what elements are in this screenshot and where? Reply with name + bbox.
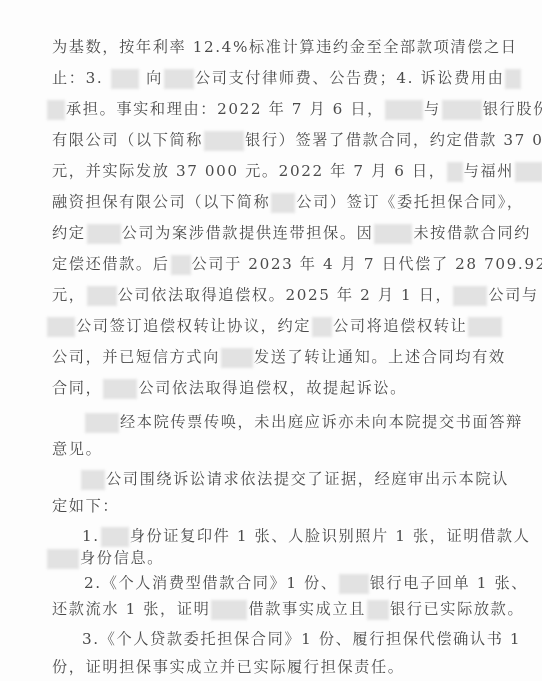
text-segment: 公司于 2023 年 4 月 7 日代偿了 28 709.92	[192, 255, 542, 273]
text-segment: 公司依法取得追偿权。2025 年 2 月 1 日，	[118, 286, 453, 304]
redacted-text	[385, 100, 423, 120]
redacted-text	[367, 600, 389, 620]
text-segment: 定如下：	[52, 497, 119, 515]
redacted-text	[47, 100, 65, 120]
redacted-text	[505, 69, 521, 89]
text-segment: 未按借款合同约	[413, 224, 531, 242]
redacted-text	[47, 549, 79, 569]
text-line: 公司，并已短信方式向发送了转让通知。上述合同均有效	[52, 345, 476, 369]
text-segment: 公司与	[488, 286, 538, 304]
text-segment: 身份证复印件 1 张、人脸识别照片 1 张，证明借款人	[130, 527, 531, 545]
text-line: 1.身份证复印件 1 张、人脸识别照片 1 张，证明借款人	[82, 524, 476, 548]
text-segment: 1.	[82, 527, 100, 545]
text-line: 公司签订追偿权转让协议，约定公司将追偿权转让	[46, 314, 476, 338]
text-line: 有限公司（以下简称银行）签署了借款合同，约定借款 37 000	[52, 128, 476, 152]
redacted-text	[87, 224, 121, 244]
text-segment: 银行电子回单 1 张、	[370, 574, 528, 592]
text-segment: 银行已实际放款。	[390, 600, 524, 618]
text-line: 3.《个人贷款委托担保合同》1 份、履行担保代偿确认书 1	[82, 627, 476, 651]
text-line: 为基数，按年利率 12.4%标准计算违约金至全部款项清偿之日	[52, 35, 476, 59]
text-segment: 3.《个人贷款委托担保合同》1 份、履行担保代偿确认书 1	[82, 630, 521, 648]
text-segment: 银行）签署了借款合同，约定借款 37 000	[245, 131, 542, 149]
text-line: 合同，公司依法取得追偿权，故提起诉讼。	[52, 376, 476, 400]
text-line: 份，证明担保事实成立并已实际履行担保责任。	[52, 655, 476, 679]
text-line: 2.《个人消费型借款合同》1 份、银行电子回单 1 张、	[84, 571, 476, 595]
text-segment: 银行股份	[483, 100, 542, 118]
text-segment: 发送了转让通知。上述合同均有效	[254, 348, 506, 366]
redacted-text	[442, 100, 482, 120]
text-line: 承担。事实和理由：2022 年 7 月 6 日，与银行股份	[46, 97, 476, 121]
text-segment: 向	[140, 69, 163, 87]
text-segment: 借款事实成立且	[248, 600, 366, 618]
redacted-text	[271, 193, 295, 213]
text-segment: 意见。	[52, 440, 102, 458]
redacted-text	[171, 255, 191, 275]
redacted-text	[447, 162, 463, 182]
text-segment: 公司）签订《委托担保合同》，	[296, 193, 523, 211]
redacted-text	[312, 317, 332, 337]
text-segment: 合同，	[52, 379, 102, 397]
text-line: 元，并实际发放 37 000 元。2022 年 7 月 6 日，与福州	[52, 159, 476, 183]
text-segment: 公司将追偿权转让	[333, 317, 467, 335]
text-line: 定偿还借款。后公司于 2023 年 4 月 7 日代偿了 28 709.92	[52, 252, 476, 276]
text-segment: 有限公司（以下简称	[52, 131, 203, 149]
text-line: 公司围绕诉讼请求依法提交了证据，经庭审出示本院认	[80, 467, 476, 491]
redacted-text	[374, 224, 412, 244]
text-segment: 元，并实际发放 37 000 元。2022 年 7 月 6 日，	[52, 162, 446, 180]
text-segment: 与福州	[464, 162, 514, 180]
redacted-text	[211, 600, 247, 620]
text-segment: 2.《个人消费型借款合同》1 份、	[84, 574, 338, 592]
text-line: 还款流水 1 张，证明借款事实成立且银行已实际放款。	[52, 597, 476, 621]
text-line: 元，公司依法取得追偿权。2025 年 2 月 1 日，公司与	[52, 283, 476, 307]
text-segment: 公司签订追偿权转让协议，约定	[76, 317, 311, 335]
text-segment: 公司围绕诉讼请求依法提交了证据，经庭审出示本院认	[106, 470, 509, 488]
redacted-text	[468, 317, 502, 337]
text-segment: 元，	[52, 286, 86, 304]
text-segment: 经本院传票传唤，未出庭应诉亦未向本院提交书面答辩	[120, 413, 523, 431]
text-line: 经本院传票传唤，未出庭应诉亦未向本院提交书面答辩	[84, 410, 476, 434]
redacted-text	[204, 131, 244, 151]
redacted-text	[339, 574, 369, 594]
redacted-text	[101, 527, 129, 547]
text-segment: 与	[424, 100, 441, 118]
redacted-text	[81, 470, 105, 490]
text-segment: 约定	[52, 224, 86, 242]
text-line: 融资担保有限公司（以下简称公司）签订《委托担保合同》，	[52, 190, 476, 214]
text-segment: 承担。事实和理由：2022 年 7 月 6 日，	[66, 100, 384, 118]
redacted-text	[221, 348, 253, 368]
text-segment: 公司依法取得追偿权，故提起诉讼。	[138, 379, 407, 397]
redacted-text	[164, 69, 194, 89]
redacted-text	[47, 317, 75, 337]
text-line: 止：3. 向公司支付律师费、公告费；4. 诉讼费用由	[52, 66, 476, 90]
text-segment: 身份信息。	[80, 549, 164, 567]
text-line: 定如下：	[52, 494, 476, 518]
text-segment: 份，证明担保事实成立并已实际履行担保责任。	[52, 658, 405, 676]
text-segment: 公司为案涉借款提供连带担保。因	[122, 224, 374, 242]
redacted-text	[85, 413, 119, 433]
text-line: 约定公司为案涉借款提供连带担保。因未按借款合同约	[52, 221, 476, 245]
text-segment: 公司支付律师费、公告费；4. 诉讼费用由	[195, 69, 505, 87]
document-page: 为基数，按年利率 12.4%标准计算违约金至全部款项清偿之日止：3. 向公司支付…	[0, 0, 542, 681]
redacted-text	[515, 162, 542, 182]
text-line: 意见。	[52, 437, 476, 461]
redacted-text	[111, 69, 139, 89]
text-segment: 融资担保有限公司（以下简称	[52, 193, 270, 211]
redacted-text	[87, 286, 117, 306]
text-segment: 还款流水 1 张，证明	[52, 600, 210, 618]
redacted-text	[103, 379, 137, 399]
text-segment: 止：3.	[52, 69, 110, 87]
redacted-text	[453, 286, 487, 306]
text-line: 身份信息。	[46, 546, 476, 570]
text-segment: 公司，并已短信方式向	[52, 348, 220, 366]
text-segment: 为基数，按年利率 12.4%标准计算违约金至全部款项清偿之日	[52, 38, 518, 56]
text-segment: 定偿还借款。后	[52, 255, 170, 273]
